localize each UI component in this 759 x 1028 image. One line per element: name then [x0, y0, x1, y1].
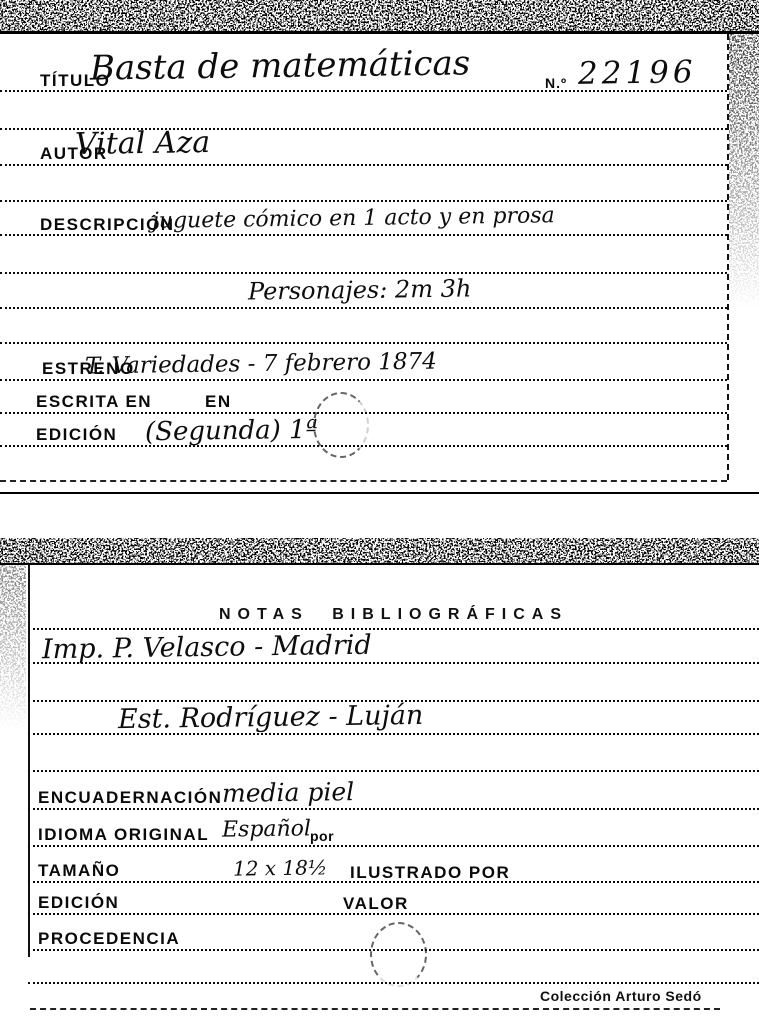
rule-line [28, 628, 759, 630]
idioma-original-label: IDIOMA ORIGINAL [38, 825, 209, 845]
imprenta-note: Imp. P. Velasco - Madrid [42, 630, 372, 666]
valor-label: VALOR [343, 894, 409, 914]
encuadernacion-label: ENCUADERNACIÓN [38, 788, 222, 808]
card-bottom-dashed-line [0, 480, 727, 482]
edicion2-label: EDICIÓN [38, 893, 119, 913]
scan-noise-left [0, 565, 26, 740]
rule-line [0, 379, 727, 381]
rule-line [28, 845, 759, 847]
tamano-label: TAMAÑO [38, 861, 120, 881]
rule-line [0, 164, 727, 166]
titulo-value: Basta de matemáticas [90, 43, 471, 88]
torn-edge-top [0, 0, 759, 34]
descripcion-value: juguete cómico en 1 acto y en prosa [152, 203, 555, 234]
card-right-border [727, 34, 729, 480]
stamp-circle [370, 922, 427, 987]
rule-line [0, 272, 727, 274]
torn-edge-middle [0, 538, 759, 565]
autor-value: Vital Aza [75, 125, 211, 162]
escrita-en-label: ESCRITA EN [36, 392, 152, 412]
procedencia-label: PROCEDENCIA [38, 929, 180, 949]
stamp-circle [313, 392, 369, 458]
card-divider-line [0, 492, 759, 494]
idioma-value: Español [222, 816, 311, 842]
rule-line [0, 307, 727, 309]
rule-line [0, 200, 727, 202]
personajes-value: Personajes: 2m 3h [248, 274, 472, 305]
rule-line [0, 445, 727, 447]
edicion-value: (Segunda) 1ª [145, 415, 318, 447]
en-label: EN [205, 392, 232, 412]
rule-line [0, 342, 727, 344]
numero-value: 22196 [578, 54, 697, 92]
coleccion-credit: Colección Arturo Sedó [540, 988, 702, 1004]
tamano-value: 12 x 18½ [233, 855, 328, 880]
rule-line [28, 770, 759, 772]
rule-line [28, 808, 759, 810]
catalog-card-scan: TÍTULO N.º AUTOR DESCRIPCIÓN ESTRENO ESC… [0, 0, 759, 1028]
edicion-label: EDICIÓN [36, 425, 117, 445]
ilustrado-por-label: ILUSTRADO POR [350, 863, 510, 883]
numero-label: N.º [545, 75, 567, 91]
encuadernacion-value: media piel [222, 777, 355, 808]
por-label: por [310, 828, 334, 844]
scan-noise-right [729, 34, 759, 324]
notas-bibliograficas-header: NOTAS BIBLIOGRÁFICAS [28, 606, 759, 624]
establecimiento-note: Est. Rodríguez - Luján [118, 700, 424, 735]
card-bottom-dashed-line [30, 1008, 720, 1010]
estreno-value: T. Variedades - 7 febrero 1874 [85, 349, 437, 380]
